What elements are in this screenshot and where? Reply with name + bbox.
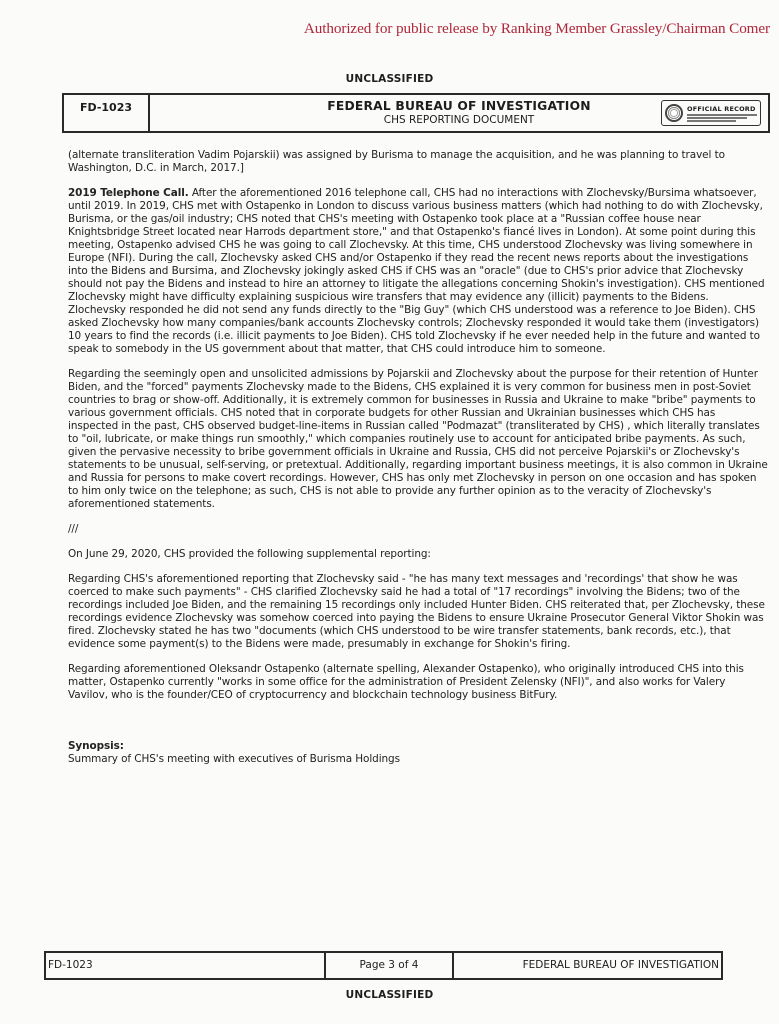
- official-record-stamp: OFFICIAL RECORD: [661, 100, 761, 126]
- section-separator: ///: [68, 523, 768, 536]
- document-header: FD-1023 FEDERAL BUREAU OF INVESTIGATION …: [62, 93, 770, 133]
- paragraph-chs-explanation: Regarding the seemingly open and unsolic…: [68, 368, 768, 511]
- release-notice: Authorized for public release by Ranking…: [280, 20, 770, 38]
- stamp-fine-print: [687, 114, 757, 122]
- form-code: FD-1023: [64, 95, 150, 131]
- classification-bottom: UNCLASSIFIED: [0, 989, 779, 1001]
- synopsis-label: Synopsis:: [68, 740, 768, 753]
- paragraph-supplemental-intro: On June 29, 2020, CHS provided the follo…: [68, 548, 768, 561]
- fbi-seal-icon: [665, 104, 683, 122]
- footer-form-code: FD-1023: [46, 953, 326, 978]
- document-footer: FD-1023 Page 3 of 4 FEDERAL BUREAU OF IN…: [44, 951, 723, 980]
- section-heading: 2019 Telephone Call.: [68, 187, 189, 199]
- paragraph-recordings: Regarding CHS's aforementioned reporting…: [68, 573, 768, 651]
- paragraph-2019-telephone-call: 2019 Telephone Call. After the aforement…: [68, 187, 768, 356]
- synopsis-text: Summary of CHS's meeting with executives…: [68, 753, 768, 766]
- paragraph-continuation: (alternate transliteration Vadim Pojarsk…: [68, 149, 768, 175]
- stamp-label: OFFICIAL RECORD: [687, 105, 757, 113]
- paragraph-ostapenko: Regarding aforementioned Oleksandr Ostap…: [68, 663, 768, 702]
- classification-top: UNCLASSIFIED: [0, 73, 779, 85]
- footer-agency: FEDERAL BUREAU OF INVESTIGATION: [454, 953, 721, 978]
- document-body: (alternate transliteration Vadim Pojarsk…: [68, 149, 768, 766]
- page-number: Page 3 of 4: [326, 953, 454, 978]
